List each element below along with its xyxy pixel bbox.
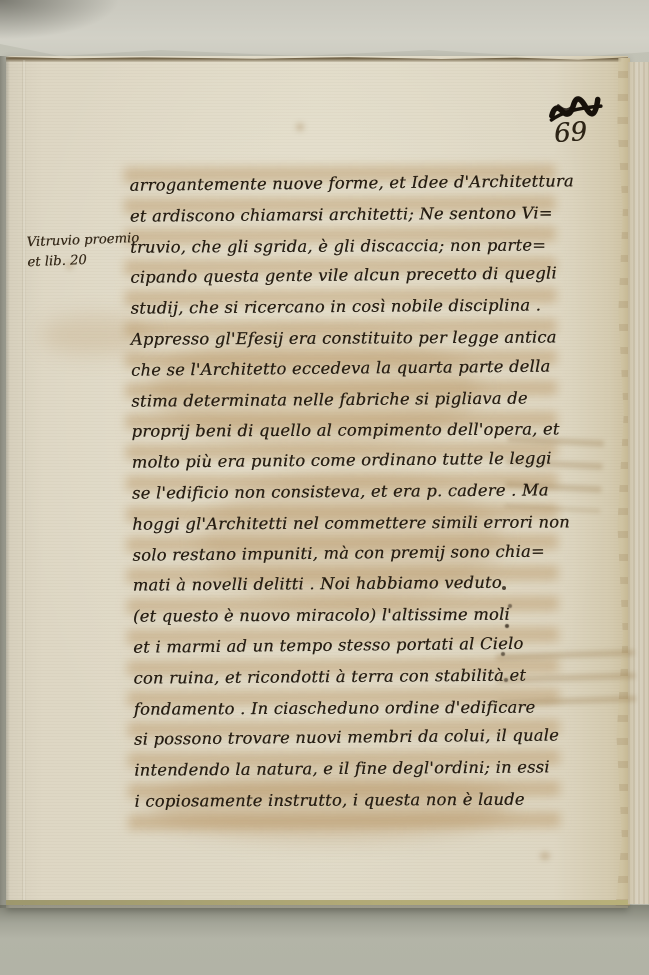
manuscript-line: solo restano impuniti, mà con premij son…: [132, 536, 556, 571]
folio-number: 69: [553, 117, 588, 149]
foxing-spot: [296, 123, 304, 131]
manuscript-line: che se l'Architetto eccedeva la quarta p…: [131, 351, 555, 386]
manuscript-line: mati à novelli delitti . Noi habbiamo ve…: [133, 568, 557, 602]
manuscript-line: fondamento . In ciascheduno ordine d'edi…: [134, 692, 558, 725]
manuscript-line: et i marmi ad un tempo stesso portati al…: [133, 628, 557, 663]
manuscript-line: si possono trovare nuovi membri da colui…: [134, 721, 558, 756]
manuscript-line: Appresso gl'Efesij era constituito per l…: [131, 322, 555, 355]
manuscript-line: arrogantemente nuove forme, et Idee d'Ar…: [129, 167, 553, 202]
manuscript-line: studij, che si ricercano in così nobile …: [130, 291, 554, 325]
manuscript-line: se l'edificio non consisteva, et era p. …: [132, 475, 556, 509]
manuscript-line: con ruina, et ricondotti à terra con sta…: [133, 660, 557, 694]
manuscript-line: proprij beni di quello al compimento del…: [131, 415, 555, 448]
page-bottom-shadow: [0, 905, 649, 939]
margin-note: Vitruvio proemio et lib. 20: [26, 229, 145, 274]
manuscript-line: stima determinata nelle fabriche si pigl…: [131, 383, 555, 417]
vertical-crease: [22, 60, 26, 906]
manuscript-scan: 69 Vitruvio proemio et lib. 20 arrogante…: [0, 0, 649, 975]
foxing-spot: [540, 852, 550, 860]
manuscript-line: (et questo è nuovo miracolo) l'altissime…: [133, 600, 557, 633]
manuscript-line: cipando questa gente vile alcun precetto…: [130, 259, 554, 294]
manuscript-line: hoggi gl'Architetti nel commettere simil…: [132, 507, 556, 540]
manuscript-line: et ardiscono chiamarsi architetti; Ne se…: [130, 198, 554, 232]
manuscript-line: molto più era punito come ordinano tutte…: [132, 444, 556, 479]
page-stack-edge: [628, 62, 649, 904]
top-left-corner-shadow: [0, 0, 120, 40]
manuscript-line: intendendo la natura, e il fine degl'ord…: [134, 752, 558, 786]
manuscript-text-block: arrogantemente nuove forme, et Idee d'Ar…: [129, 167, 558, 817]
gutter-shadow: [0, 56, 10, 908]
manuscript-line: i copiosamente instrutto, i questa non è…: [134, 784, 558, 817]
